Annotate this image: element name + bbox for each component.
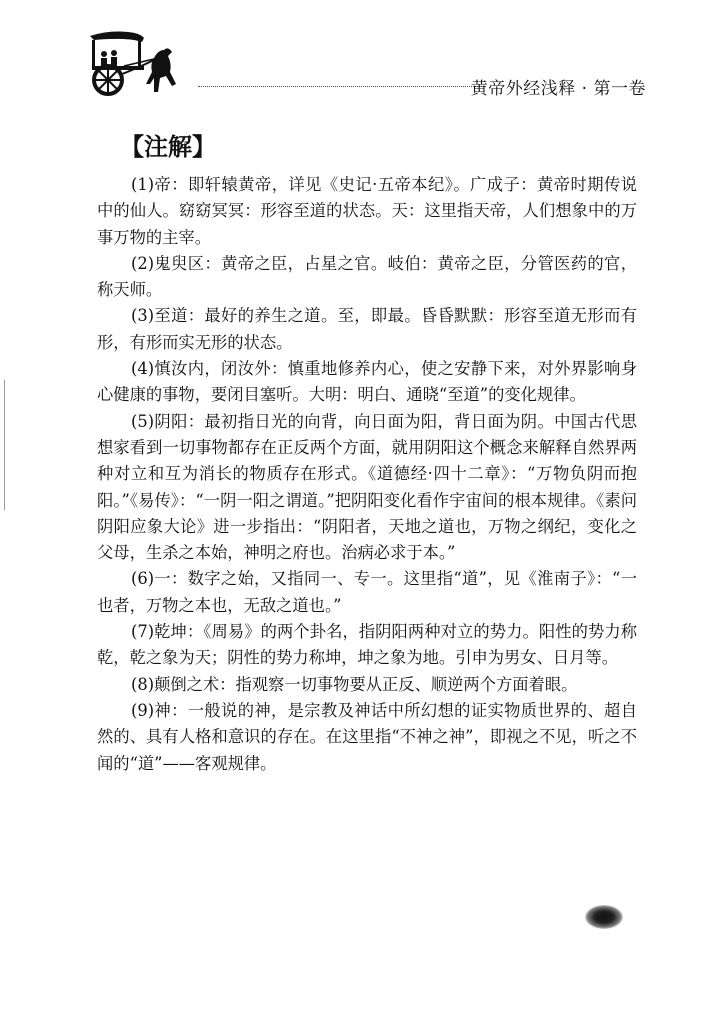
annotation-text: 乾坤：《周易》的两个卦名，指阴阳两种对立的势力。阳性的势力称乾，乾之象为天；阴性… — [97, 622, 637, 667]
annotation-1: (1)帝：即轩辕黄帝，详见《史记·五帝本纪》。广成子：黄帝时期传说中的仙人。窈窈… — [97, 172, 637, 251]
annotation-text: 慎汝内，闭汝外：慎重地修养内心，使之安静下来，对外界影响身心健康的事物，要闭目塞… — [97, 359, 637, 404]
header-dotted-rule — [198, 86, 486, 87]
annotation-3: (3)至道：最好的养生之道。至，即最。昏昏默默：形容至道无形而有形，有形而实无形… — [97, 303, 637, 356]
annotation-number: (7) — [131, 622, 154, 641]
annotation-text: 颠倒之术：指观察一切事物要从正反、顺逆两个方面着眼。 — [154, 675, 577, 694]
annotation-9: (9)神：一般说的神，是宗教及神话中所幻想的证实物质世界的、超自然的、具有人格和… — [97, 698, 637, 777]
annotation-text: 鬼臾区：黄帝之臣，占星之官。岐伯：黄帝之臣，分管医药的官，称天师。 — [97, 254, 637, 299]
annotation-text: 阴阳：最初指日光的向背，向日面为阳，背日面为阴。中国古代思想家看到一切事物都存在… — [97, 412, 637, 562]
annotation-7: (7)乾坤：《周易》的两个卦名，指阴阳两种对立的势力。阳性的势力称乾，乾之象为天… — [97, 619, 637, 672]
running-title: 黄帝外经浅释 · 第一卷 — [471, 74, 646, 99]
annotation-6: (6)一：数字之始，又指同一、专一。这里指“道”，见《淮南子》：“一也者，万物之… — [97, 566, 637, 619]
scan-edge-line — [4, 380, 5, 510]
annotation-number: (1) — [131, 175, 154, 194]
annotation-number: (5) — [131, 412, 154, 431]
annotation-text: 一：数字之始，又指同一、专一。这里指“道”，见《淮南子》：“一也者，万物之本也，… — [97, 569, 637, 614]
annotation-5: (5)阴阳：最初指日光的向背，向日面为阳，背日面为阴。中国古代思想家看到一切事物… — [97, 409, 637, 567]
annotation-text: 神：一般说的神，是宗教及神话中所幻想的证实物质世界的、超自然的、具有人格和意识的… — [97, 701, 637, 773]
annotation-number: (2) — [131, 254, 154, 273]
annotation-text: 至道：最好的养生之道。至，即最。昏昏默默：形容至道无形而有形，有形而实无形的状态… — [97, 306, 637, 351]
annotation-number: (9) — [131, 701, 154, 720]
annotation-2: (2)鬼臾区：黄帝之臣，占星之官。岐伯：黄帝之臣，分管医药的官，称天师。 — [97, 251, 637, 304]
page-header: 黄帝外经浅释 · 第一卷 — [88, 28, 648, 108]
annotation-number: (6) — [131, 569, 154, 588]
page-number-mark — [585, 905, 623, 929]
annotation-number: (4) — [131, 359, 154, 378]
annotation-8: (8)颠倒之术：指观察一切事物要从正反、顺逆两个方面着眼。 — [97, 672, 637, 698]
annotation-list: (1)帝：即轩辕黄帝，详见《史记·五帝本纪》。广成子：黄帝时期传说中的仙人。窈窈… — [97, 172, 637, 777]
annotation-text: 帝：即轩辕黄帝，详见《史记·五帝本纪》。广成子：黄帝时期传说中的仙人。窈窈冥冥：… — [97, 175, 637, 247]
annotation-4: (4)慎汝内，闭汝外：慎重地修养内心，使之安静下来，对外界影响身心健康的事物，要… — [97, 356, 637, 409]
section-title: 【注解】 — [120, 127, 216, 162]
carriage-illustration-icon — [88, 28, 188, 100]
annotation-number: (8) — [131, 675, 154, 694]
annotation-number: (3) — [131, 306, 154, 325]
